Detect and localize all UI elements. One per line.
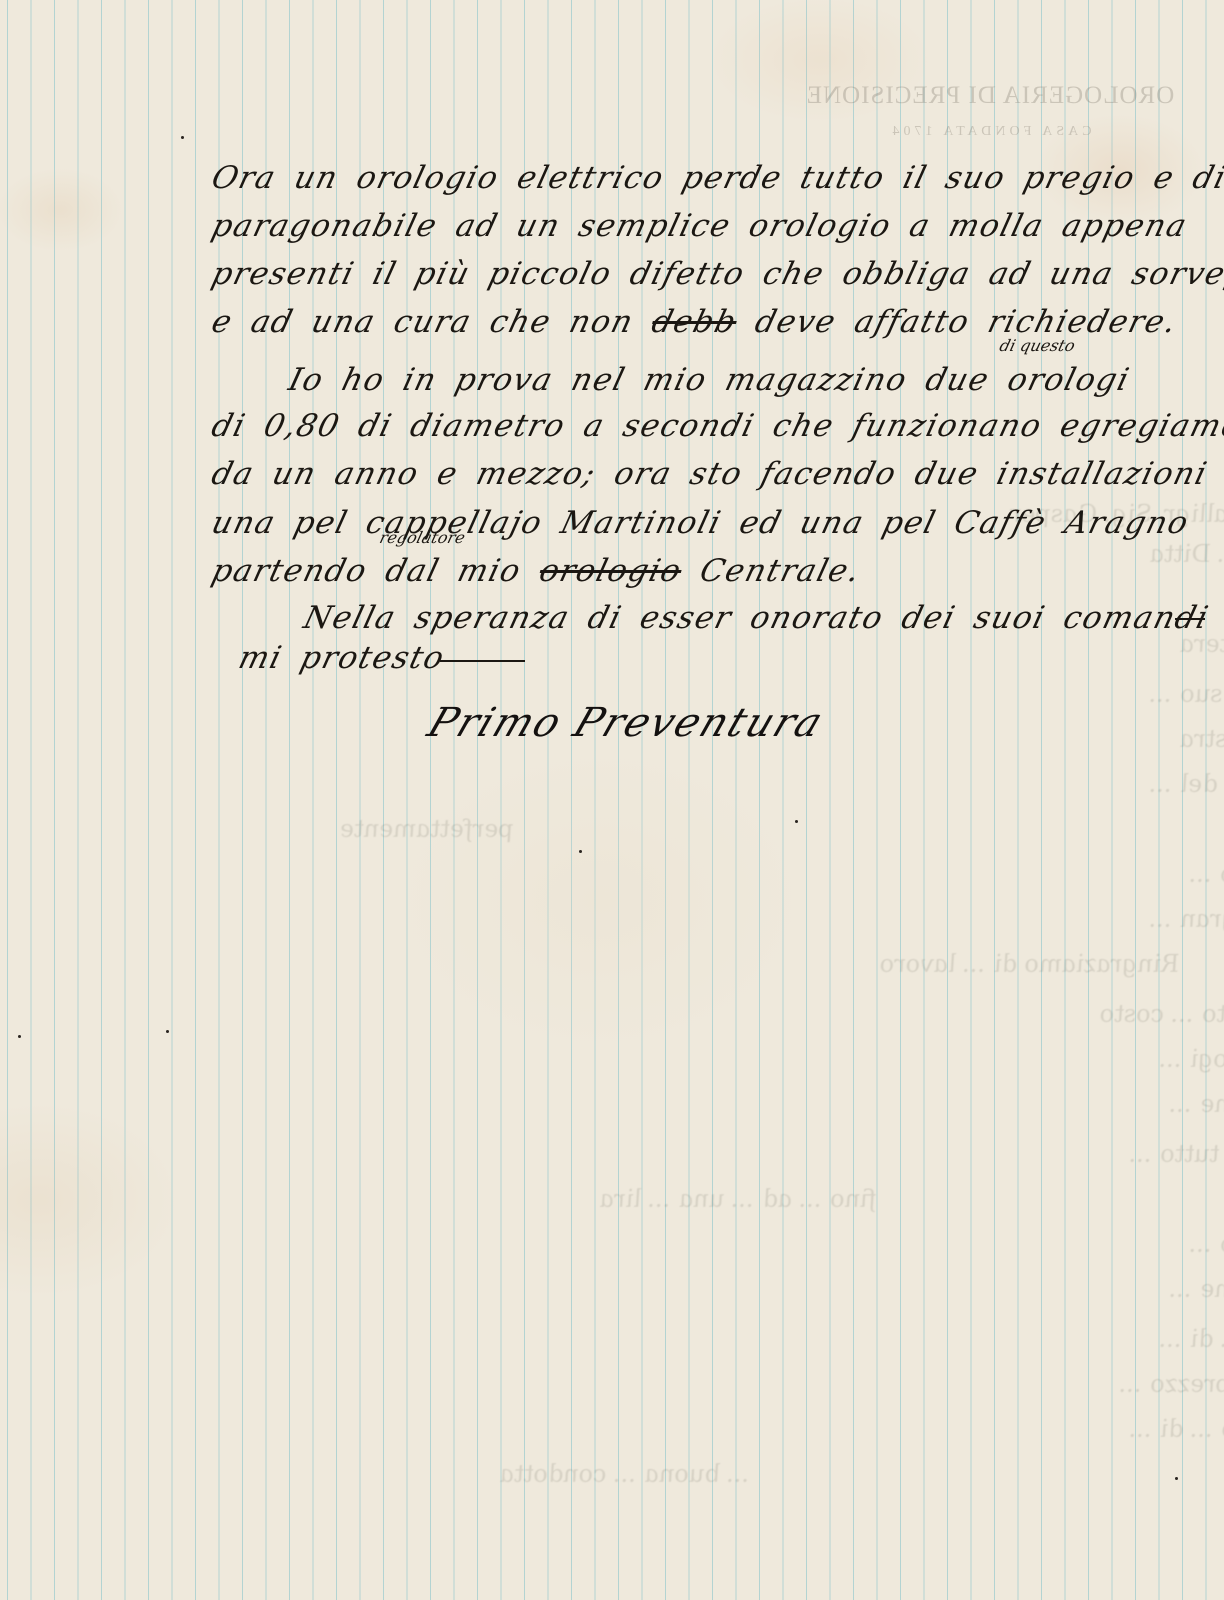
letter-line-11: mi protesto bbox=[235, 640, 449, 676]
letter-line-3: presenti il più piccolo difetto che obbl… bbox=[208, 256, 1224, 292]
letter-page: OROLOGERIA DI PRECISIONE CASA FONDATA 17… bbox=[0, 0, 1224, 1600]
letter-line-1: Ora un orologio elettrico perde tutto il… bbox=[208, 160, 1224, 196]
ink-speck bbox=[181, 136, 184, 139]
ink-speck bbox=[579, 850, 582, 853]
letter-line-7: da un anno e mezzo; ora sto facendo due … bbox=[208, 456, 1211, 492]
letter-line-10: Nella speranza di esser onorato dei suoi… bbox=[300, 600, 1213, 636]
struck-word: orologio bbox=[536, 553, 686, 589]
insertion-above-orologi: di questo bbox=[998, 336, 1077, 355]
letter-line-4: e ad una cura che non debb deve affatto … bbox=[208, 304, 1181, 340]
insertion-above-orologio: regolatore bbox=[378, 528, 468, 547]
closing-flourish bbox=[440, 660, 525, 662]
line-end-flourish bbox=[1175, 618, 1205, 620]
letter-line-2: paragonabile ad un semplice orologio a m… bbox=[208, 208, 1191, 244]
letter-line-5: Io ho in prova nel mio magazzino due oro… bbox=[285, 362, 1134, 398]
ink-speck bbox=[18, 1035, 21, 1038]
struck-word: debb bbox=[648, 304, 741, 340]
ink-speck bbox=[166, 1030, 169, 1033]
letter-line-8: una pel cappellajo Martinoli ed una pel … bbox=[208, 505, 1193, 541]
letter-body: Ora un orologio elettrico perde tutto il… bbox=[0, 0, 1224, 1600]
ink-speck bbox=[1175, 1477, 1178, 1480]
letter-line-6: di 0,80 di diametro a secondi che funzio… bbox=[208, 408, 1224, 444]
ink-speck bbox=[795, 820, 798, 823]
letter-line-9: partendo dal mio orologio Centrale. bbox=[208, 553, 865, 589]
signature: Primo Preventura bbox=[422, 700, 831, 746]
